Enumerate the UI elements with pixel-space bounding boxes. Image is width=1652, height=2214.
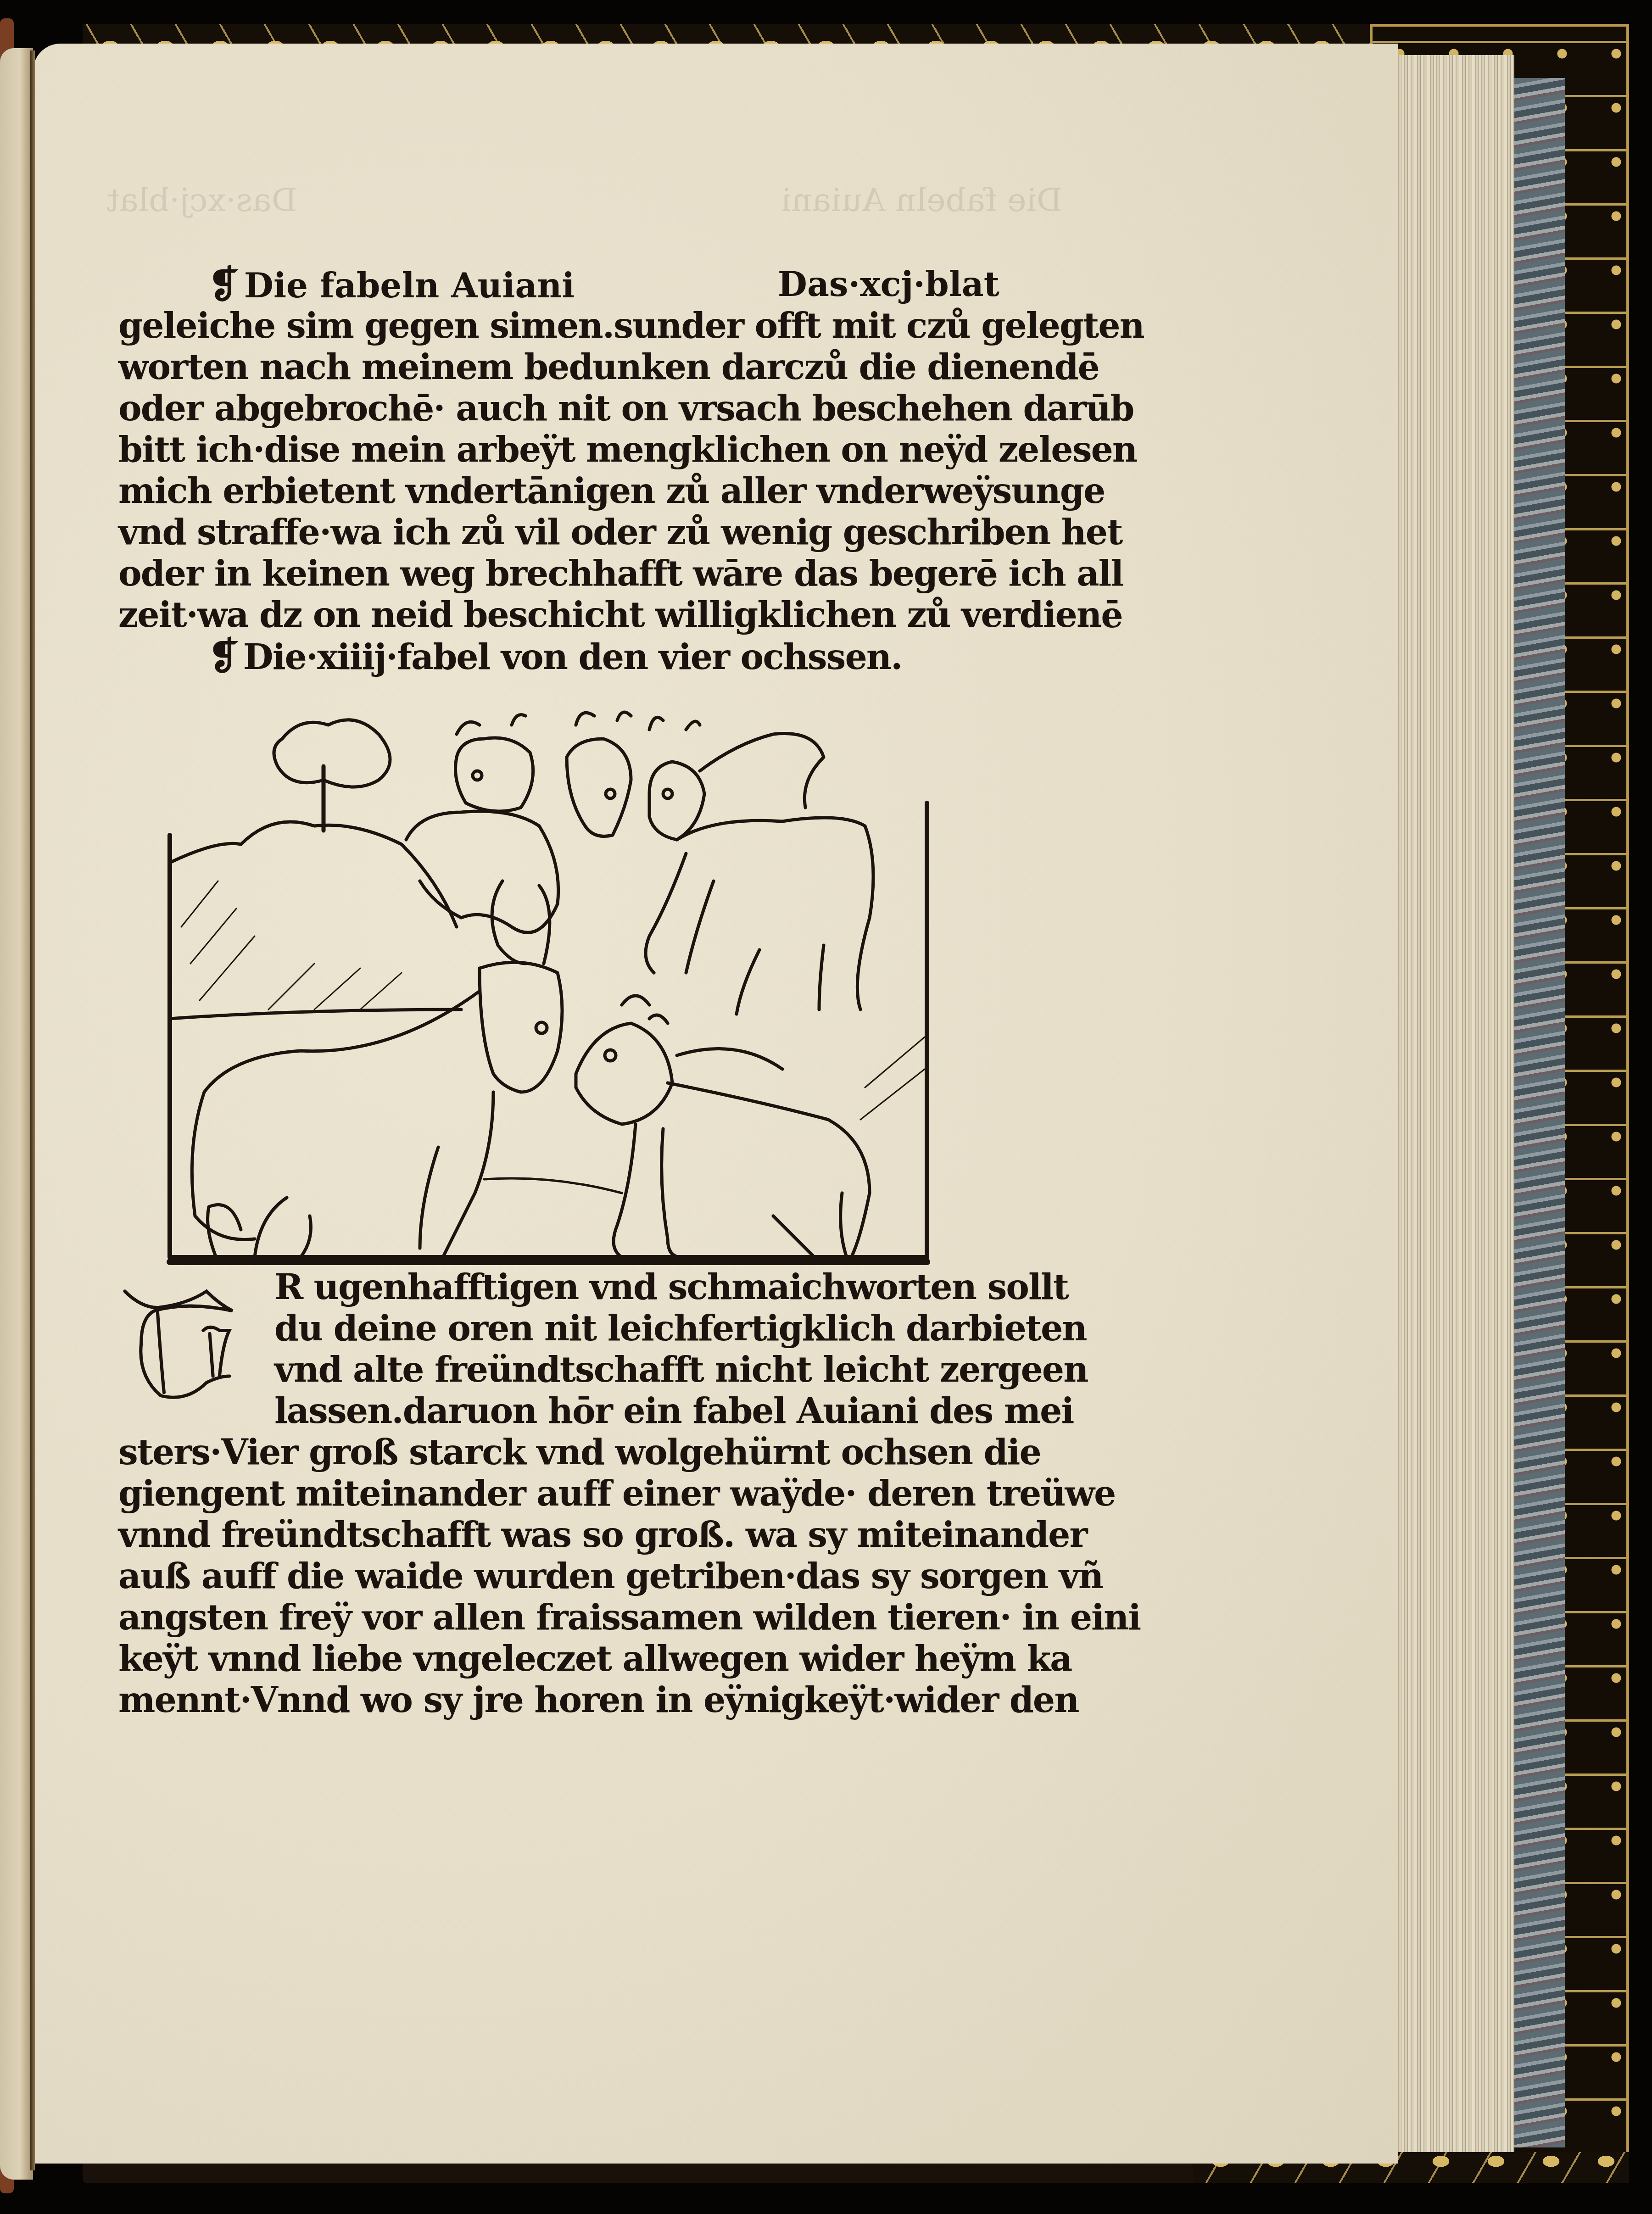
left-page-sliver bbox=[0, 48, 33, 2180]
text-block-lower: R ugenhafftigen vnd schmaichworten sollt… bbox=[118, 1266, 999, 1721]
fable-heading: ❡Die·xiiij·fabel von den vier ochssen. bbox=[118, 636, 999, 677]
text-line: vnnd freündtschafft was so groß. wa sy m… bbox=[118, 1514, 999, 1556]
woodcut-illustration-four-oxen bbox=[163, 688, 934, 1276]
text-line: zeit·wa dz on neid beschicht willigklich… bbox=[118, 594, 999, 636]
text-line: worten nach meinem bedunken darczů die d… bbox=[118, 346, 999, 388]
running-head-left: ❡Die fabeln Auiani bbox=[208, 264, 575, 305]
text-block-upper: ❡Die fabeln Auiani Das·xcj·blat geleiche… bbox=[118, 264, 999, 677]
text-line: oder abgebrochē· auch nit on vrsach besc… bbox=[118, 388, 999, 429]
text-line: keÿt vnnd liebe vngeleczet allwegen wide… bbox=[118, 1638, 999, 1679]
text-line: giengent miteinander auff einer waÿde· d… bbox=[118, 1473, 999, 1514]
paragraph-mark-icon: ❡ bbox=[208, 634, 239, 678]
text-line: auß auff die waide wurden getriben·das s… bbox=[118, 1556, 999, 1597]
text-line: R ugenhafftigen vnd schmaichworten sollt bbox=[118, 1266, 999, 1308]
folio-number: Das·xcj·blat bbox=[778, 264, 999, 305]
marbled-endpaper bbox=[1510, 78, 1565, 2147]
text-line: vnd alte freündtschafft nicht leicht zer… bbox=[118, 1349, 999, 1390]
text-line: lassen.daruon hōr ein fabel Auiani des m… bbox=[118, 1390, 999, 1432]
text-line: du deine oren nit leichfertigklich darbi… bbox=[118, 1308, 999, 1349]
text-line: bitt ich·dise mein arbeÿt mengklichen on… bbox=[118, 429, 999, 470]
text-line: sters·Vier groß starck vnd wolgehürnt oc… bbox=[118, 1432, 999, 1473]
text-line: oder in keinen weg brechhafft wāre das b… bbox=[118, 553, 999, 594]
text-line: angsten freÿ vor allen fraissamen wilden… bbox=[118, 1597, 999, 1638]
text-line: geleiche sim gegen simen.sunder offt mit… bbox=[118, 305, 999, 346]
bleed-through-head-right: Die fabeln Auiani bbox=[781, 181, 1062, 219]
gutter-shadow bbox=[30, 50, 35, 2170]
text-line: vnd straffe·wa ich zů vil oder zů wenig … bbox=[118, 512, 999, 553]
running-head: ❡Die fabeln Auiani Das·xcj·blat bbox=[118, 264, 999, 305]
page-block-edges bbox=[1395, 55, 1514, 2152]
paragraph-mark-icon: ❡ bbox=[208, 262, 240, 307]
bleed-through-head-left: Das·xcj·blat bbox=[106, 181, 297, 219]
text-line: mennt·Vnnd wo sy jre horen in eÿnigkeÿt·… bbox=[118, 1679, 999, 1721]
text-line: mich erbietent vndertānigen zů aller vnd… bbox=[118, 470, 999, 512]
